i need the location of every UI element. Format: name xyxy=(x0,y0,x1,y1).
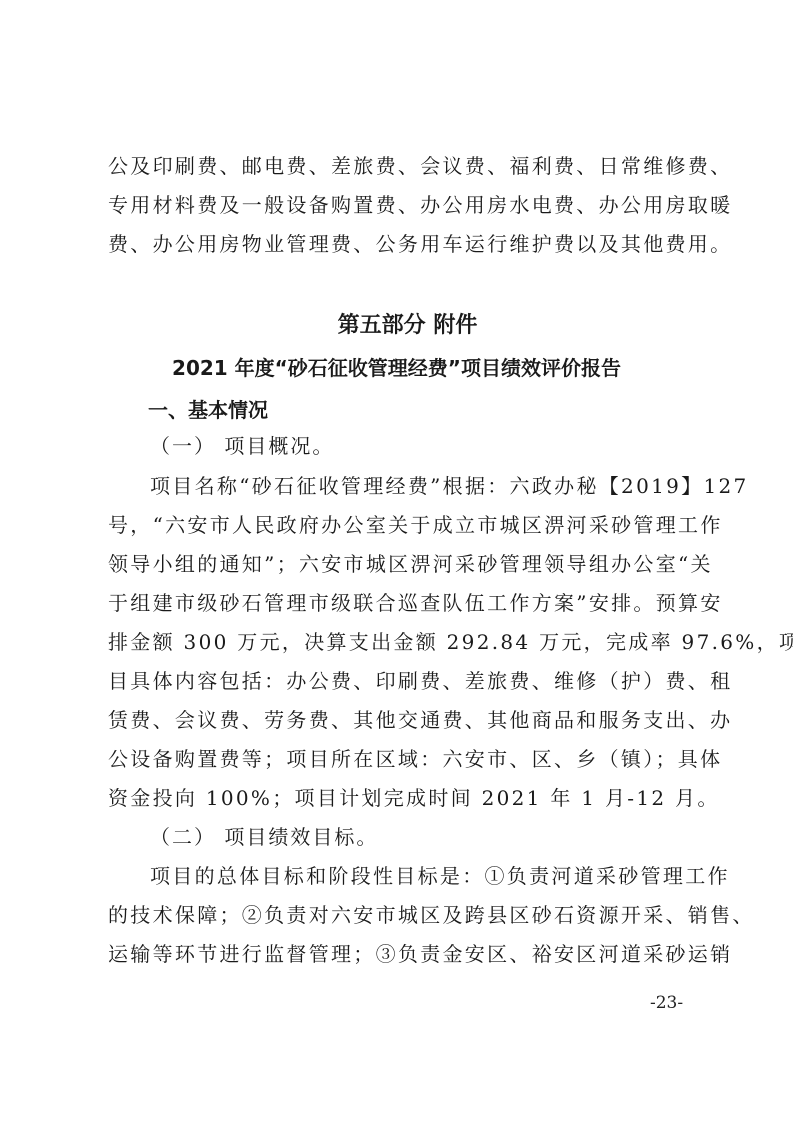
body-text-line: 赁费、会议费、劳务费、其他交通费、其他商品和服务支出、办 xyxy=(108,708,692,732)
body-text-line: 项目的总体目标和阶段性目标是：①负责河道采砂管理工作 xyxy=(150,864,692,888)
part-heading: 第五部分 附件 xyxy=(0,312,793,340)
body-text-line: 资金投向 100%；项目计划完成时间 2021 年 1 月-12 月。 xyxy=(108,786,692,810)
body-text-line: 的技术保障；②负责对六安市城区及跨县区砂石资源开采、销售、 xyxy=(108,903,692,927)
body-text-line: 领导小组的通知”；六安市城区淠河采砂管理领导组办公室“关 xyxy=(108,552,692,576)
body-text-line: 运输等环节进行监督管理；③负责金安区、裕安区河道采砂运销 xyxy=(108,942,692,966)
document-page: 公及印刷费、邮电费、差旅费、会议费、福利费、日常维修费、 专用材料费及一般设备购… xyxy=(0,0,793,1122)
body-text-line: 项目名称“砂石征收管理经费”根据：六政办秘【2019】127 xyxy=(150,474,692,498)
body-text-line: 公及印刷费、邮电费、差旅费、会议费、福利费、日常维修费、 xyxy=(108,154,692,178)
subsection-heading: （二） 项目绩效目标。 xyxy=(150,825,378,849)
report-title: 2021 年度“砂石征收管理经费”项目绩效评价报告 xyxy=(0,355,793,381)
page-number: -23- xyxy=(650,993,683,1013)
subsection-heading: （一） 项目概况。 xyxy=(150,434,334,458)
body-text-line: 公设备购置费等；项目所在区域：六安市、区、乡（镇）；具体 xyxy=(108,747,692,771)
section-heading: 一、基本情况 xyxy=(148,397,268,423)
body-text-line: 费、办公用房物业管理费、公务用车运行维护费以及其他费用。 xyxy=(108,232,692,256)
body-text-line: 专用材料费及一般设备购置费、办公用房水电费、办公用房取暖 xyxy=(108,193,692,217)
body-text-line: 号，“六安市人民政府办公室关于成立市城区淠河采砂管理工作 xyxy=(108,513,692,537)
body-text-line: 目具体内容包括：办公费、印刷费、差旅费、维修（护）费、租 xyxy=(108,669,692,693)
body-text-line: 排金额 300 万元，决算支出金额 292.84 万元，完成率 97.6%，项 xyxy=(108,630,692,654)
body-text-line: 于组建市级砂石管理市级联合巡查队伍工作方案”安排。预算安 xyxy=(108,591,692,615)
